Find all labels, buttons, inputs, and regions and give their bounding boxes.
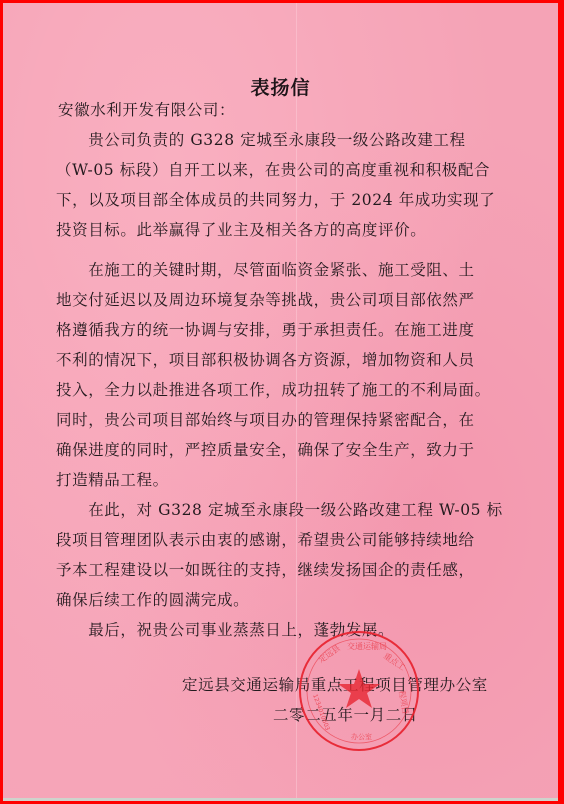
svg-text:程项目: 程项目 [397,690,410,715]
body-line: 下，以及项目部全体成员的共同努力，于 2024 年成功实现了 [56,190,495,210]
body-line: 在此，对 G328 定城至永康段一级公路改建工程 W-05 标 [56,500,503,520]
body-line: 格遵循我方的统一协调与安排，勇于承担责任。在施工进度 [56,320,475,340]
body-line: 在施工的关键时期，尽管面临资金紧张、施工受阻、土 [56,260,475,280]
body-line: 投入，全力以赴推进各项工作，成功扭转了施工的不利局面。 [56,380,491,400]
body-line: 投资目标。此举赢得了业主及相关各方的高度评价。 [56,220,426,240]
body-line: 地交付延迟以及周边环境复杂等挑战，贵公司项目部依然严 [56,290,475,310]
body-line: 确保后续工作的圆满完成。 [56,590,249,610]
official-seal: 定远县 交通运输局 重点工 程项目 1234010603 办公室 [299,631,419,751]
body-line: 段项目管理团队表示由衷的感谢，希望贵公司能够持续地给 [56,530,475,550]
body-line: 予本工程建设以一如既往的支持，继续发扬国企的责任感， [56,560,475,580]
body-line: 贵公司负责的 G328 定城至永康段一级公路改建工程 [56,130,466,150]
body-line: 打造精品工程。 [56,470,169,490]
svg-text:办公室: 办公室 [351,732,372,741]
svg-text:定远县: 定远县 [316,643,341,665]
body-line: 同时，贵公司项目部始终与项目办的管理保持紧密配合，在 [56,410,475,430]
seal-star-icon: 定远县 交通运输局 重点工 程项目 1234010603 办公室 [301,633,417,749]
svg-text:交通运输局: 交通运输局 [347,641,387,651]
salutation: 安徽水利开发有限公司： [58,100,235,120]
body-line: 确保进度的同时，严控质量安全，确保了安全生产，致力于 [56,440,475,460]
page-bottom-edge [3,798,558,801]
body-line: （W-05 标段）自开工以来，在贵公司的高度重视和积极配合 [56,160,490,180]
body-line: 不利的情况下，项目部积极协调各方资源，增加物资和人员 [56,350,475,370]
letter-page: 表扬信 安徽水利开发有限公司： 贵公司负责的 G328 定城至永康段一级公路改建… [3,3,558,798]
letter-title: 表扬信 [3,73,558,100]
svg-text:重点工: 重点工 [382,650,407,672]
